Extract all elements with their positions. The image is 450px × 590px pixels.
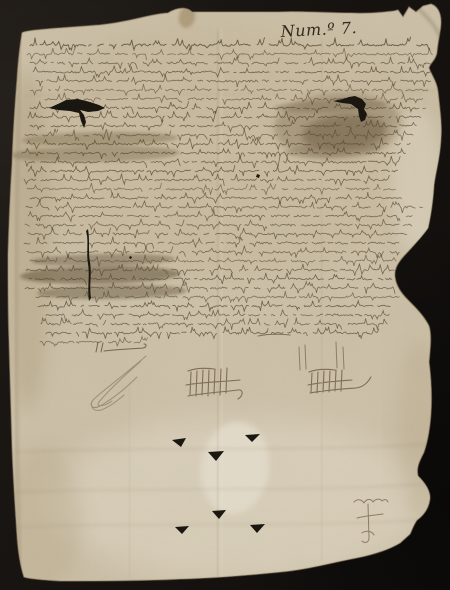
manuscript-photo-frame: Num.º 7. bbox=[0, 0, 450, 590]
photo-grain-texture bbox=[0, 0, 450, 590]
parchment-surface: Num.º 7. bbox=[0, 0, 450, 590]
parchment-document-photo: Num.º 7. bbox=[0, 0, 450, 590]
